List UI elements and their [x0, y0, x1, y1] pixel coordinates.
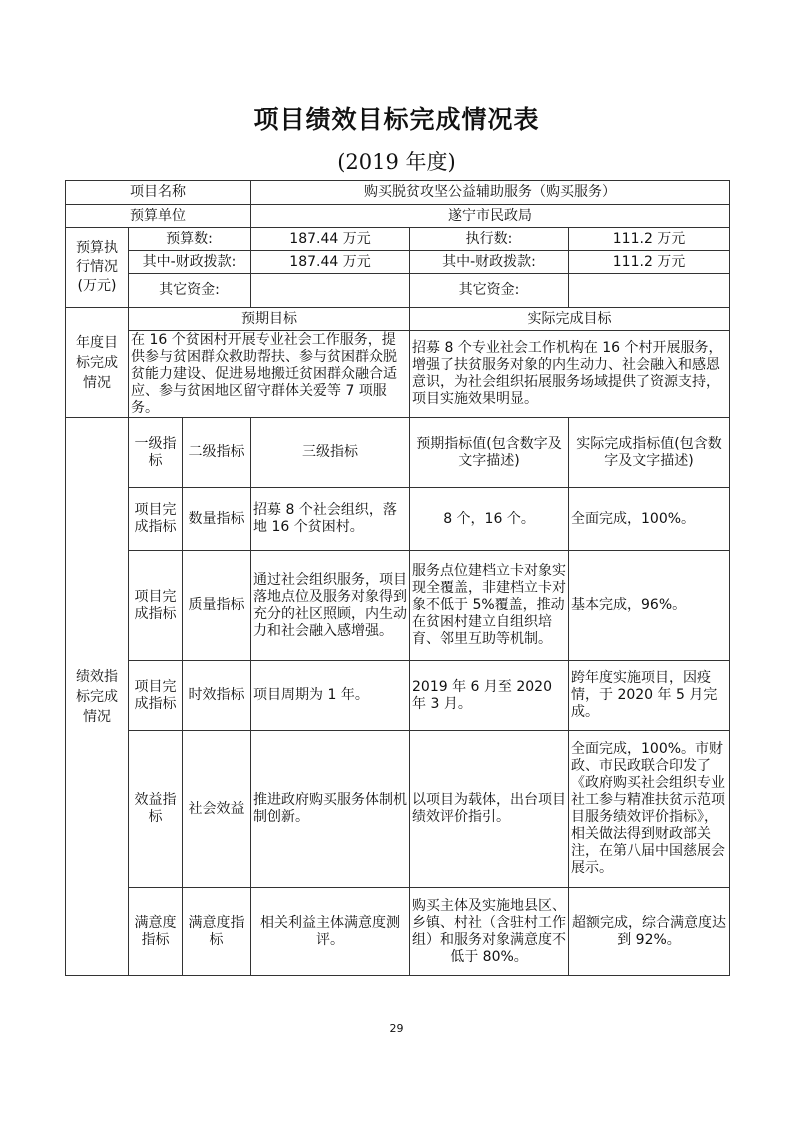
- other-funds-budget-label: 其它资金:: [129, 274, 251, 308]
- fiscal-exec-label: 其中-财政拨款:: [410, 251, 569, 274]
- row-level1: 项目完成指标: [129, 551, 183, 661]
- fiscal-budget-value: 187.44 万元: [251, 251, 410, 274]
- row-expected: 以项目为载体，出台项目绩效评价指引。: [410, 731, 569, 888]
- indicator-header-row: 绩效指标完成情况 一级指标 二级指标 三级指标 预期指标值(包含数字及文字描述)…: [66, 418, 730, 488]
- project-name-value: 购买脱贫攻坚公益辅助服务（购买服务）: [251, 181, 730, 205]
- annual-section-label: 年度目标完成情况: [66, 308, 129, 418]
- budget-unit-value: 遂宁市民政局: [251, 205, 730, 228]
- row-level3: 招募 8 个社会组织，落地 16 个贫困村。: [251, 488, 410, 551]
- row-expected: 购买主体及实施地县区、乡镇、村社（含驻村工作组）和服务对象满意度不低于 80%。: [410, 888, 569, 976]
- other-funds-exec-label: 其它资金:: [410, 274, 569, 308]
- fiscal-exec-value: 111.2 万元: [569, 251, 730, 274]
- expected-goal-text: 在 16 个贫困村开展专业社会工作服务，提供参与贫困群众救助帮扶、参与贫困群众脱…: [129, 331, 410, 418]
- row-level2: 社会效益: [183, 731, 251, 888]
- actual-goal-header: 实际完成目标: [410, 308, 730, 331]
- exec-amount-value: 111.2 万元: [569, 228, 730, 251]
- exec-amount-label: 执行数:: [410, 228, 569, 251]
- row-actual: 全面完成，100%。市财政、市民政联合印发了《政府购买社会组织专业社工参与精准扶…: [569, 731, 730, 888]
- row-actual: 基本完成，96%。: [569, 551, 730, 661]
- header-level3: 三级指标: [251, 418, 410, 488]
- fiscal-budget-label: 其中-财政拨款:: [129, 251, 251, 274]
- page-number: 29: [0, 1022, 793, 1035]
- row-level1: 项目完成指标: [129, 488, 183, 551]
- header-level1: 一级指标: [129, 418, 183, 488]
- table-row: 效益指标 社会效益 推进政府购买服务体制机制创新。 以项目为载体，出台项目绩效评…: [66, 731, 730, 888]
- actual-goal-text: 招募 8 个专业社会工作机构在 16 个村开展服务，增强了扶贫服务对象的内生动力…: [410, 331, 730, 418]
- budget-amount-value: 187.44 万元: [251, 228, 410, 251]
- row-expected: 8 个，16 个。: [410, 488, 569, 551]
- expected-goal-header: 预期目标: [129, 308, 410, 331]
- annual-goals-text-row: 在 16 个贫困村开展专业社会工作服务，提供参与贫困群众救助帮扶、参与贫困群众脱…: [66, 331, 730, 418]
- row-level3: 推进政府购买服务体制机制创新。: [251, 731, 410, 888]
- header-expected: 预期指标值(包含数字及文字描述): [410, 418, 569, 488]
- page-title: 项目绩效目标完成情况表: [0, 100, 793, 136]
- row-level1: 项目完成指标: [129, 661, 183, 731]
- row-level1: 效益指标: [129, 731, 183, 888]
- row-level1: 满意度指标: [129, 888, 183, 976]
- performance-table: 项目名称 购买脱贫攻坚公益辅助服务（购买服务） 预算单位 遂宁市民政局 预算执行…: [65, 180, 730, 976]
- row-actual: 超额完成，综合满意度达到 92%。: [569, 888, 730, 976]
- row-actual: 跨年度实施项目，因疫情，于 2020 年 5 月完成。: [569, 661, 730, 731]
- other-funds-budget-value: [251, 274, 410, 308]
- header-actual: 实际完成指标值(包含数字及文字描述): [569, 418, 730, 488]
- budget-row: 预算执行情况(万元) 预算数: 187.44 万元 执行数: 111.2 万元: [66, 228, 730, 251]
- budget-unit-label: 预算单位: [66, 205, 251, 228]
- row-level3: 通过社会组织服务，项目落地点位及服务对象得到充分的社区照顾，内生动力和社会融入感…: [251, 551, 410, 661]
- annual-goals-header-row: 年度目标完成情况 预期目标 实际完成目标: [66, 308, 730, 331]
- table-row: 满意度指标 满意度指标 相关利益主体满意度测评。 购买主体及实施地县区、乡镇、村…: [66, 888, 730, 976]
- table-row: 项目完成指标 数量指标 招募 8 个社会组织，落地 16 个贫困村。 8 个，1…: [66, 488, 730, 551]
- row-level2: 满意度指标: [183, 888, 251, 976]
- indicator-section-label: 绩效指标完成情况: [66, 418, 129, 976]
- row-actual: 全面完成，100%。: [569, 488, 730, 551]
- budget-unit-row: 预算单位 遂宁市民政局: [66, 205, 730, 228]
- table-row: 项目完成指标 质量指标 通过社会组织服务，项目落地点位及服务对象得到充分的社区照…: [66, 551, 730, 661]
- budget-amount-label: 预算数:: [129, 228, 251, 251]
- table-row: 项目完成指标 时效指标 项目周期为 1 年。 2019 年 6 月至 2020 …: [66, 661, 730, 731]
- row-level3: 项目周期为 1 年。: [251, 661, 410, 731]
- fiscal-row: 其中-财政拨款: 187.44 万元 其中-财政拨款: 111.2 万元: [66, 251, 730, 274]
- project-name-label: 项目名称: [66, 181, 251, 205]
- header-level2: 二级指标: [183, 418, 251, 488]
- row-expected: 服务点位建档立卡对象实现全覆盖，非建档立卡对象不低于 5%覆盖，推动在贫困村建立…: [410, 551, 569, 661]
- row-level3: 相关利益主体满意度测评。: [251, 888, 410, 976]
- row-level2: 时效指标: [183, 661, 251, 731]
- page-subtitle-year: (2019 年度): [0, 146, 793, 176]
- row-level2: 质量指标: [183, 551, 251, 661]
- row-expected: 2019 年 6 月至 2020 年 3 月。: [410, 661, 569, 731]
- project-name-row: 项目名称 购买脱贫攻坚公益辅助服务（购买服务）: [66, 181, 730, 205]
- other-funds-row: 其它资金: 其它资金:: [66, 274, 730, 308]
- row-level2: 数量指标: [183, 488, 251, 551]
- budget-section-label: 预算执行情况(万元): [66, 228, 129, 308]
- other-funds-exec-value: [569, 274, 730, 308]
